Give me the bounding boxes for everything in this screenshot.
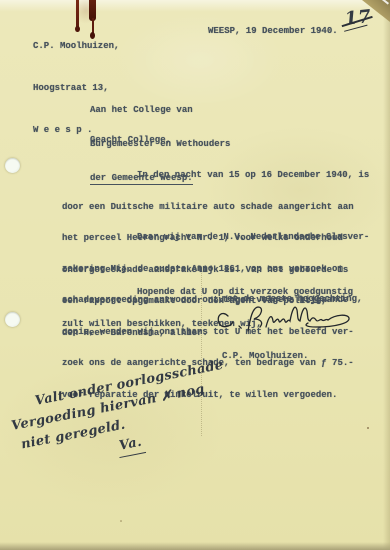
body-line: In den nacht van 15 op 16 December 1940,… [62, 170, 369, 181]
punch-hole-bottom [5, 312, 20, 327]
sender-name: C.P. Moolhuizen, [33, 39, 119, 53]
paper-speck [367, 427, 369, 429]
paper-speck [120, 520, 122, 522]
recipient-line: Aan het College van [90, 105, 230, 116]
handwritten-signature [212, 300, 357, 344]
paper-bottom-edge [0, 542, 390, 550]
letter-scan-page: C.P. Moolhuizen, Hoogstraat 13, W e e s … [0, 0, 390, 550]
annotation-initials: Va. [116, 432, 146, 458]
punch-hole-top [5, 158, 20, 173]
paper-right-edge [383, 0, 390, 550]
body-line: Daar wij van de N.V. Nederlandsche Glasv… [62, 232, 369, 243]
date-line: WEESP, 19 December 1940. [208, 26, 338, 36]
folio-number: 17 [344, 5, 381, 34]
salutation: Geacht College, [90, 135, 171, 145]
